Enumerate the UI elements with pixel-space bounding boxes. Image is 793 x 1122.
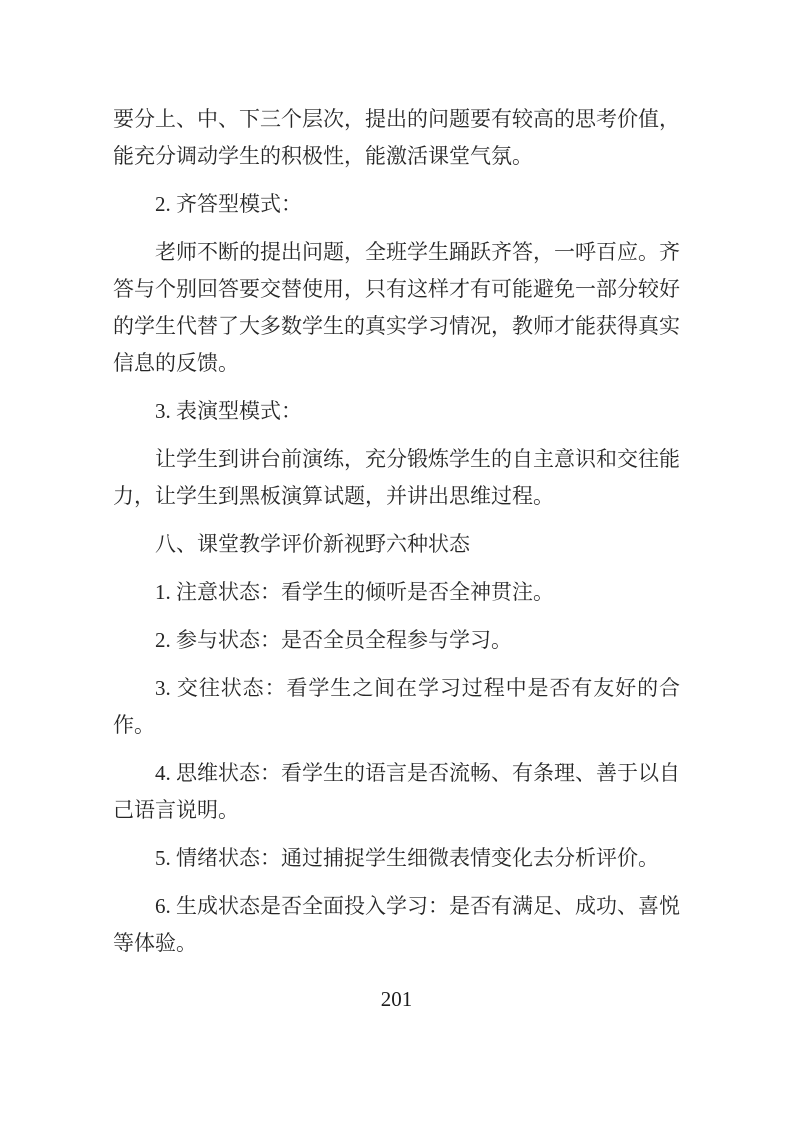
paragraph: 3. 交往状态：看学生之间在学习过程中是否有友好的合作。 xyxy=(113,670,680,744)
paragraph: 2. 齐答型模式： xyxy=(113,186,680,223)
paragraph: 让学生到讲台前演练，充分锻炼学生的自主意识和交往能力，让学生到黑板演算试题，并讲… xyxy=(113,441,680,515)
paragraph: 老师不断的提出问题，全班学生踊跃齐答，一呼百应。齐答与个别回答要交替使用，只有这… xyxy=(113,234,680,382)
paragraph: 2. 参与状态：是否全员全程参与学习。 xyxy=(113,622,680,659)
paragraph: 要分上、中、下三个层次，提出的问题要有较高的思考价值，能充分调动学生的积极性，能… xyxy=(113,101,680,175)
page-number: 201 xyxy=(0,986,793,1012)
paragraph: 6. 生成状态是否全面投入学习：是否有满足、成功、喜悦等体验。 xyxy=(113,888,680,962)
document-page: 要分上、中、下三个层次，提出的问题要有较高的思考价值，能充分调动学生的积极性，能… xyxy=(0,0,793,1122)
text-content: 要分上、中、下三个层次，提出的问题要有较高的思考价值，能充分调动学生的积极性，能… xyxy=(113,101,680,973)
paragraph: 5. 情绪状态：通过捕捉学生细微表情变化去分析评价。 xyxy=(113,840,680,877)
paragraph: 3. 表演型模式： xyxy=(113,393,680,430)
paragraph: 八、课堂教学评价新视野六种状态 xyxy=(113,526,680,563)
paragraph: 4. 思维状态：看学生的语言是否流畅、有条理、善于以自己语言说明。 xyxy=(113,755,680,829)
paragraph: 1. 注意状态：看学生的倾听是否全神贯注。 xyxy=(113,574,680,611)
